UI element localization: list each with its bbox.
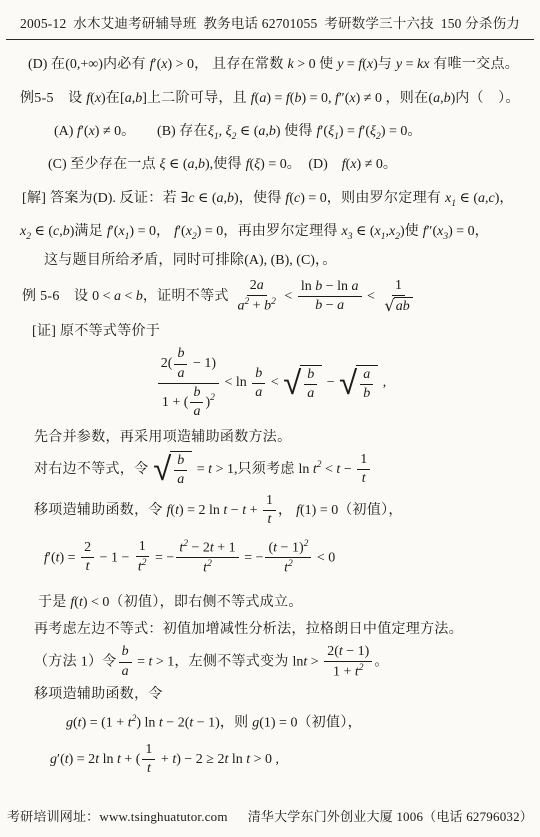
equivalent-inequality-formula: 2(ba − 1)1 + (ba)2 < ln ba < √ba − √ab , — [20, 346, 522, 419]
scanned-document-page: 2005-12 水木艾迪考研辅导班 教务电话 62701055 考研数学三十六技… — [0, 0, 540, 837]
footer-training-site: 考研培训网址：www.tsinghuatutor.com — [7, 806, 228, 825]
proof-label-line: [证] 原不等式等价于 — [32, 322, 522, 342]
header-office-phone: 教务电话 62701055 — [203, 12, 317, 32]
document-body: (D) 在(0,+∞)内必有 f′(x) > 0， 且存在常数 k > 0 使 … — [0, 55, 540, 777]
g-prime-formula: g′(t) = 2t ln t + (1t + t) − 2 ≥ 2t ln t… — [50, 742, 522, 777]
options-a-b-line: (A) f′(x) ≠ 0。 (B) 存在ξ1, ξ2 ∈ (a,b) 使得 f… — [54, 122, 522, 145]
options-c-d-line: (C) 至少存在一点 ξ ∈ (a,b),使得 f(ξ) = 0。 (D) f(… — [48, 155, 522, 175]
solution-line-1: [解] 答案为(D). 反证：若 ∃c ∈ (a,b)，使得 f(c) = 0，… — [22, 189, 522, 212]
header-slogan: 150 分杀伤力 — [441, 12, 520, 32]
example-5-5-stem: 例5-5 设 f(x)在[a,b]上二阶可导，且 f(a) = f(b) = 0… — [20, 89, 522, 109]
g-formula: g(t) = (1 + t2) ln t − 2(t − 1)，则 g(1) =… — [66, 713, 522, 734]
page-header: 2005-12 水木艾迪考研辅导班 教务电话 62701055 考研数学三十六技… — [0, 0, 540, 32]
right-inequality-line: 对右边不等式，令 √ba = t > 1,只须考虑 ln t2 < t − 1t — [34, 451, 522, 488]
method-1-line: （方法 1）令ba = t > 1，左侧不等式变为 lnt > 2(t − 1)… — [34, 644, 522, 681]
header-course-title: 考研数学三十六技 — [324, 12, 434, 32]
header-school-name: 水木艾迪考研辅导班 — [73, 12, 196, 32]
f-prime-formula: f′(t) = 2t − 1 − 1t2 = −t2 − 2t + 1t2 = … — [44, 539, 522, 578]
aux-function-g-intro-line: 移项造辅助函数，令 — [34, 685, 522, 705]
solution-line-3: 这与题目所给矛盾，同时可排除(A), (B), (C)，。 — [44, 251, 522, 271]
merge-parameters-line: 先合并参数，再采用项造辅助函数方法。 — [34, 428, 522, 448]
page-footer: 考研培训网址：www.tsinghuatutor.com 清华大学东门外创业大厦… — [0, 806, 540, 825]
header-rule — [6, 39, 534, 40]
footer-address-phone: 清华大学东门外创业大厦 1006（电话 62796032） — [248, 806, 533, 825]
aux-function-f-line: 移项造辅助函数，令 f(t) = 2 ln t − t + 1t， f(1) =… — [34, 493, 522, 528]
solution-line-2: x2 ∈ (c,b)满足 f′(x1) = 0， f′(x2) = 0，再由罗尔… — [20, 222, 522, 245]
right-side-conclusion-line: 于是 f(t) < 0（初值），即右侧不等式成立。 — [38, 593, 522, 613]
option-d-line: (D) 在(0,+∞)内必有 f′(x) > 0， 且存在常数 k > 0 使 … — [28, 55, 522, 75]
header-date: 2005-12 — [20, 16, 66, 32]
example-5-6-stem: 例 5-6 设 0 < a < b，证明不等式 2aa2 + b2 < ln b… — [22, 278, 522, 315]
left-inequality-intro-line: 再考虑左边不等式：初值加增减性分析法，拉格朗日中值定理方法。 — [34, 620, 522, 640]
